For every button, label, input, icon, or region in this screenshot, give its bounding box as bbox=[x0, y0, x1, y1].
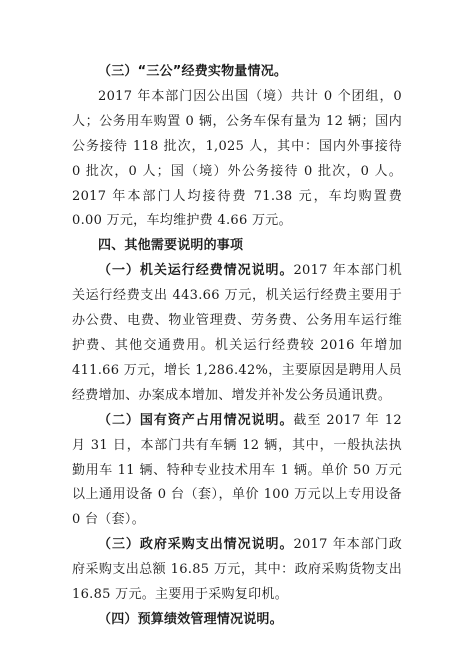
item-body-operating-expenses: 2017 年本部门机关运行经费支出 443.66 万元，机关运行经费主要用于办公… bbox=[72, 263, 402, 403]
item-title-state-assets: （二）国有资产占用情况说明。 bbox=[98, 413, 293, 428]
section-heading-three-public-quantity: （三）“三公”经费实物量情况。 bbox=[72, 60, 402, 85]
item-title-operating-expenses: （一）机关运行经费情况说明。 bbox=[98, 263, 293, 278]
paragraph-three-public-quantity: 2017 年本部门因公出国（境）共计 0 个团组，0 人；公务用车购置 0 辆，… bbox=[72, 85, 402, 234]
part-heading-other-matters: 四、其他需要说明的事项 bbox=[72, 234, 402, 259]
paragraph-operating-expenses: （一）机关运行经费情况说明。2017 年本部门机关运行经费支出 443.66 万… bbox=[72, 259, 402, 408]
item-title-performance-management: （四）预算绩效管理情况说明。 bbox=[72, 608, 402, 633]
paragraph-government-procurement: （三）政府采购支出情况说明。2017 年本部门政府采购支出总额 16.85 万元… bbox=[72, 533, 402, 608]
item-title-government-procurement: （三）政府采购支出情况说明。 bbox=[98, 537, 293, 552]
document-page: （三）“三公”经费实物量情况。 2017 年本部门因公出国（境）共计 0 个团组… bbox=[72, 60, 402, 633]
paragraph-state-assets: （二）国有资产占用情况说明。截至 2017 年 12 月 31 日，本部门共有车… bbox=[72, 409, 402, 534]
item-body-state-assets: 截至 2017 年 12 月 31 日，本部门共有车辆 12 辆，其中，一般执法… bbox=[72, 413, 402, 528]
